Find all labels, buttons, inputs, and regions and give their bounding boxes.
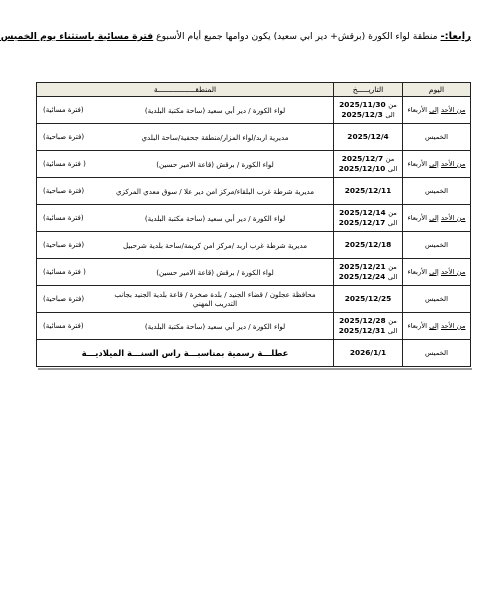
table-row: الخميس2025/12/18مديرية شرطة غرب اربد /مر… (37, 232, 471, 259)
cell-date: من 2025/11/30الى 2025/12/3 (334, 97, 403, 124)
cell-day: الخميس (403, 178, 471, 205)
day-to: الأربعاء (408, 322, 428, 330)
day-to: الأربعاء (408, 106, 428, 114)
date-from: 2025/12/28 (339, 316, 386, 325)
day-to: الأربعاء (408, 268, 428, 276)
cell-day: من الأحد إلى الأربعاء (403, 205, 471, 232)
location-text: لواء الكورة / دير أبي سعيد (ساحة مكتبة ا… (103, 214, 327, 223)
cell-date: من 2025/12/7الى 2025/12/10 (334, 151, 403, 178)
cell-date: من 2025/12/28الى 2025/12/31 (334, 313, 403, 340)
table-row: من الأحد إلى الأربعاءمن 2025/12/14الى 20… (37, 205, 471, 232)
location-text: لواء الكورة / برقش (قاعة الامير حسين) (103, 160, 327, 169)
table-row: من الأحد إلى الأربعاءمن 2025/12/28الى 20… (37, 313, 471, 340)
cell-date: 2025/12/11 (334, 178, 403, 205)
cell-region: لواء الكورة / دير أبي سعيد (ساحة مكتبة ا… (37, 205, 334, 232)
date-to-prefix: الى (388, 273, 397, 281)
shift-badge: (فترة صباحية) (43, 241, 103, 249)
cell-region: محافظة عجلون / قضاء الجنيد / بلدة صخرة /… (37, 286, 334, 313)
day-to: الأربعاء (408, 214, 428, 222)
cell-day: الخميس (403, 124, 471, 151)
intro-emphasis-evening: فترة مسائية (98, 31, 153, 42)
day-from: من الأحد (441, 160, 466, 168)
cell-day: الخميس (403, 340, 471, 367)
cell-region: لواء الكورة / برقش (قاعة الامير حسين)( ف… (37, 259, 334, 286)
shift-badge: (فترة مسائية) (43, 214, 103, 222)
date-to-prefix: الى (388, 327, 397, 335)
table-row: من الأحد إلى الأربعاءمن 2025/12/7الى 202… (37, 151, 471, 178)
header-date: التاريـــــخ (334, 83, 403, 97)
day-from: من الأحد (441, 106, 466, 114)
location-text: مديرية شرطة غرب البلقاء/مركز امن دير علا… (103, 187, 327, 196)
table-shadow (38, 368, 472, 370)
date-from-prefix: من (388, 209, 397, 217)
cell-region: لواء الكورة / دير أبي سعيد (ساحة مكتبة ا… (37, 97, 334, 124)
date-to-prefix: الى (388, 165, 397, 173)
cell-region: لواء الكورة / برقش (قاعة الامير حسين)( ف… (37, 151, 334, 178)
shift-badge: ( فترة مسائية) (43, 268, 103, 276)
intro-emphasis-thursday: يوم الخميس فترة صباحية (0, 31, 56, 42)
date-to-prefix: الى (385, 111, 394, 119)
cell-date: 2025/12/25 (334, 286, 403, 313)
cell-day: من الأحد إلى الأربعاء (403, 259, 471, 286)
day-from: من الأحد (441, 268, 466, 276)
date-from-prefix: من (388, 101, 397, 109)
date-from-prefix: من (388, 317, 397, 325)
intro-except: باستثناء (56, 31, 98, 42)
date-from: 2025/12/14 (339, 208, 386, 217)
intro-paragraph: رابعا:- منطقة لواء الكورة (برقش+ دير ابي… (11, 30, 471, 44)
date-from-prefix: من (388, 263, 397, 271)
shift-badge: (فترة صباحية) (43, 187, 103, 195)
date-to: 2025/12/17 (339, 218, 386, 227)
cell-day: الخميس (403, 232, 471, 259)
section-lead: رابعا:- (441, 31, 472, 42)
day-from: من الأحد (441, 214, 466, 222)
day-to-word: إلى (429, 214, 439, 222)
location-text: لواء الكورة / برقش (قاعة الامير حسين) (103, 268, 327, 277)
location-text: لواء الكورة / دير أبي سعيد (ساحة مكتبة ا… (103, 322, 327, 331)
table-header-row: اليوم التاريـــــخ المنطقـــــــــــــــ… (37, 83, 471, 97)
date-to: 2025/12/24 (339, 272, 386, 281)
cell-holiday: عطلـــة رسمية بمناسبـــة راس السنـــة ال… (37, 340, 334, 367)
cell-region: مديرية شرطة غرب اربد /مركز امن كريمة/ساح… (37, 232, 334, 259)
cell-day: من الأحد إلى الأربعاء (403, 151, 471, 178)
table-row: الخميس2025/12/4مديرية اربد/لواء المزار/م… (37, 124, 471, 151)
day-from: من الأحد (441, 322, 466, 330)
shift-badge: (فترة مسائية) (43, 106, 103, 114)
date-to: 2025/12/31 (339, 326, 386, 335)
location-text: مديرية اربد/لواء المزار/منطقة جحفية/ساحة… (103, 133, 327, 142)
schedule-table: اليوم التاريـــــخ المنطقـــــــــــــــ… (36, 82, 471, 367)
day-to-word: إلى (429, 322, 439, 330)
table-row: من الأحد إلى الأربعاءمن 2025/11/30الى 20… (37, 97, 471, 124)
cell-region: لواء الكورة / دير أبي سعيد (ساحة مكتبة ا… (37, 313, 334, 340)
location-text: محافظة عجلون / قضاء الجنيد / بلدة صخرة /… (103, 290, 327, 308)
header-day: اليوم (403, 83, 471, 97)
cell-date: 2026/1/1 (334, 340, 403, 367)
date-from-prefix: من (386, 155, 395, 163)
schedule-table-wrap: اليوم التاريـــــخ المنطقـــــــــــــــ… (36, 82, 470, 367)
date-to-prefix: الى (388, 219, 397, 227)
day-to-word: إلى (429, 268, 439, 276)
cell-day: من الأحد إلى الأربعاء (403, 97, 471, 124)
cell-day: من الأحد إلى الأربعاء (403, 313, 471, 340)
date-from: 2025/12/7 (342, 154, 383, 163)
cell-region: مديرية شرطة غرب البلقاء/مركز امن دير علا… (37, 178, 334, 205)
shift-badge: (فترة صباحية) (43, 295, 103, 303)
table-row: الخميس2025/12/11مديرية شرطة غرب البلقاء/… (37, 178, 471, 205)
table-row: الخميس2026/1/1عطلـــة رسمية بمناسبـــة ر… (37, 340, 471, 367)
cell-date: 2025/12/18 (334, 232, 403, 259)
shift-badge: (فترة صباحية) (43, 133, 103, 141)
cell-date: من 2025/12/21الى 2025/12/24 (334, 259, 403, 286)
intro-text: منطقة لواء الكورة (برقش+ دير ابي سعيد) ي… (153, 31, 440, 42)
table-row: الخميس2025/12/25محافظة عجلون / قضاء الجن… (37, 286, 471, 313)
header-region: المنطقـــــــــــــــــة (37, 83, 334, 97)
day-to-word: إلى (429, 106, 439, 114)
shift-badge: (فترة مسائية) (43, 322, 103, 330)
cell-day: الخميس (403, 286, 471, 313)
date-from: 2025/12/21 (339, 262, 386, 271)
cell-region: مديرية اربد/لواء المزار/منطقة جحفية/ساحة… (37, 124, 334, 151)
day-to: الأربعاء (408, 160, 428, 168)
date-to: 2025/12/3 (341, 110, 382, 119)
location-text: مديرية شرطة غرب اربد /مركز امن كريمة/ساح… (103, 241, 327, 250)
table-row: من الأحد إلى الأربعاءمن 2025/12/21الى 20… (37, 259, 471, 286)
date-from: 2025/11/30 (339, 100, 386, 109)
location-text: لواء الكورة / دير أبي سعيد (ساحة مكتبة ا… (103, 106, 327, 115)
date-to: 2025/12/10 (339, 164, 386, 173)
cell-date: من 2025/12/14الى 2025/12/17 (334, 205, 403, 232)
cell-date: 2025/12/4 (334, 124, 403, 151)
day-to-word: إلى (429, 160, 439, 168)
shift-badge: ( فترة مسائية) (43, 160, 103, 168)
